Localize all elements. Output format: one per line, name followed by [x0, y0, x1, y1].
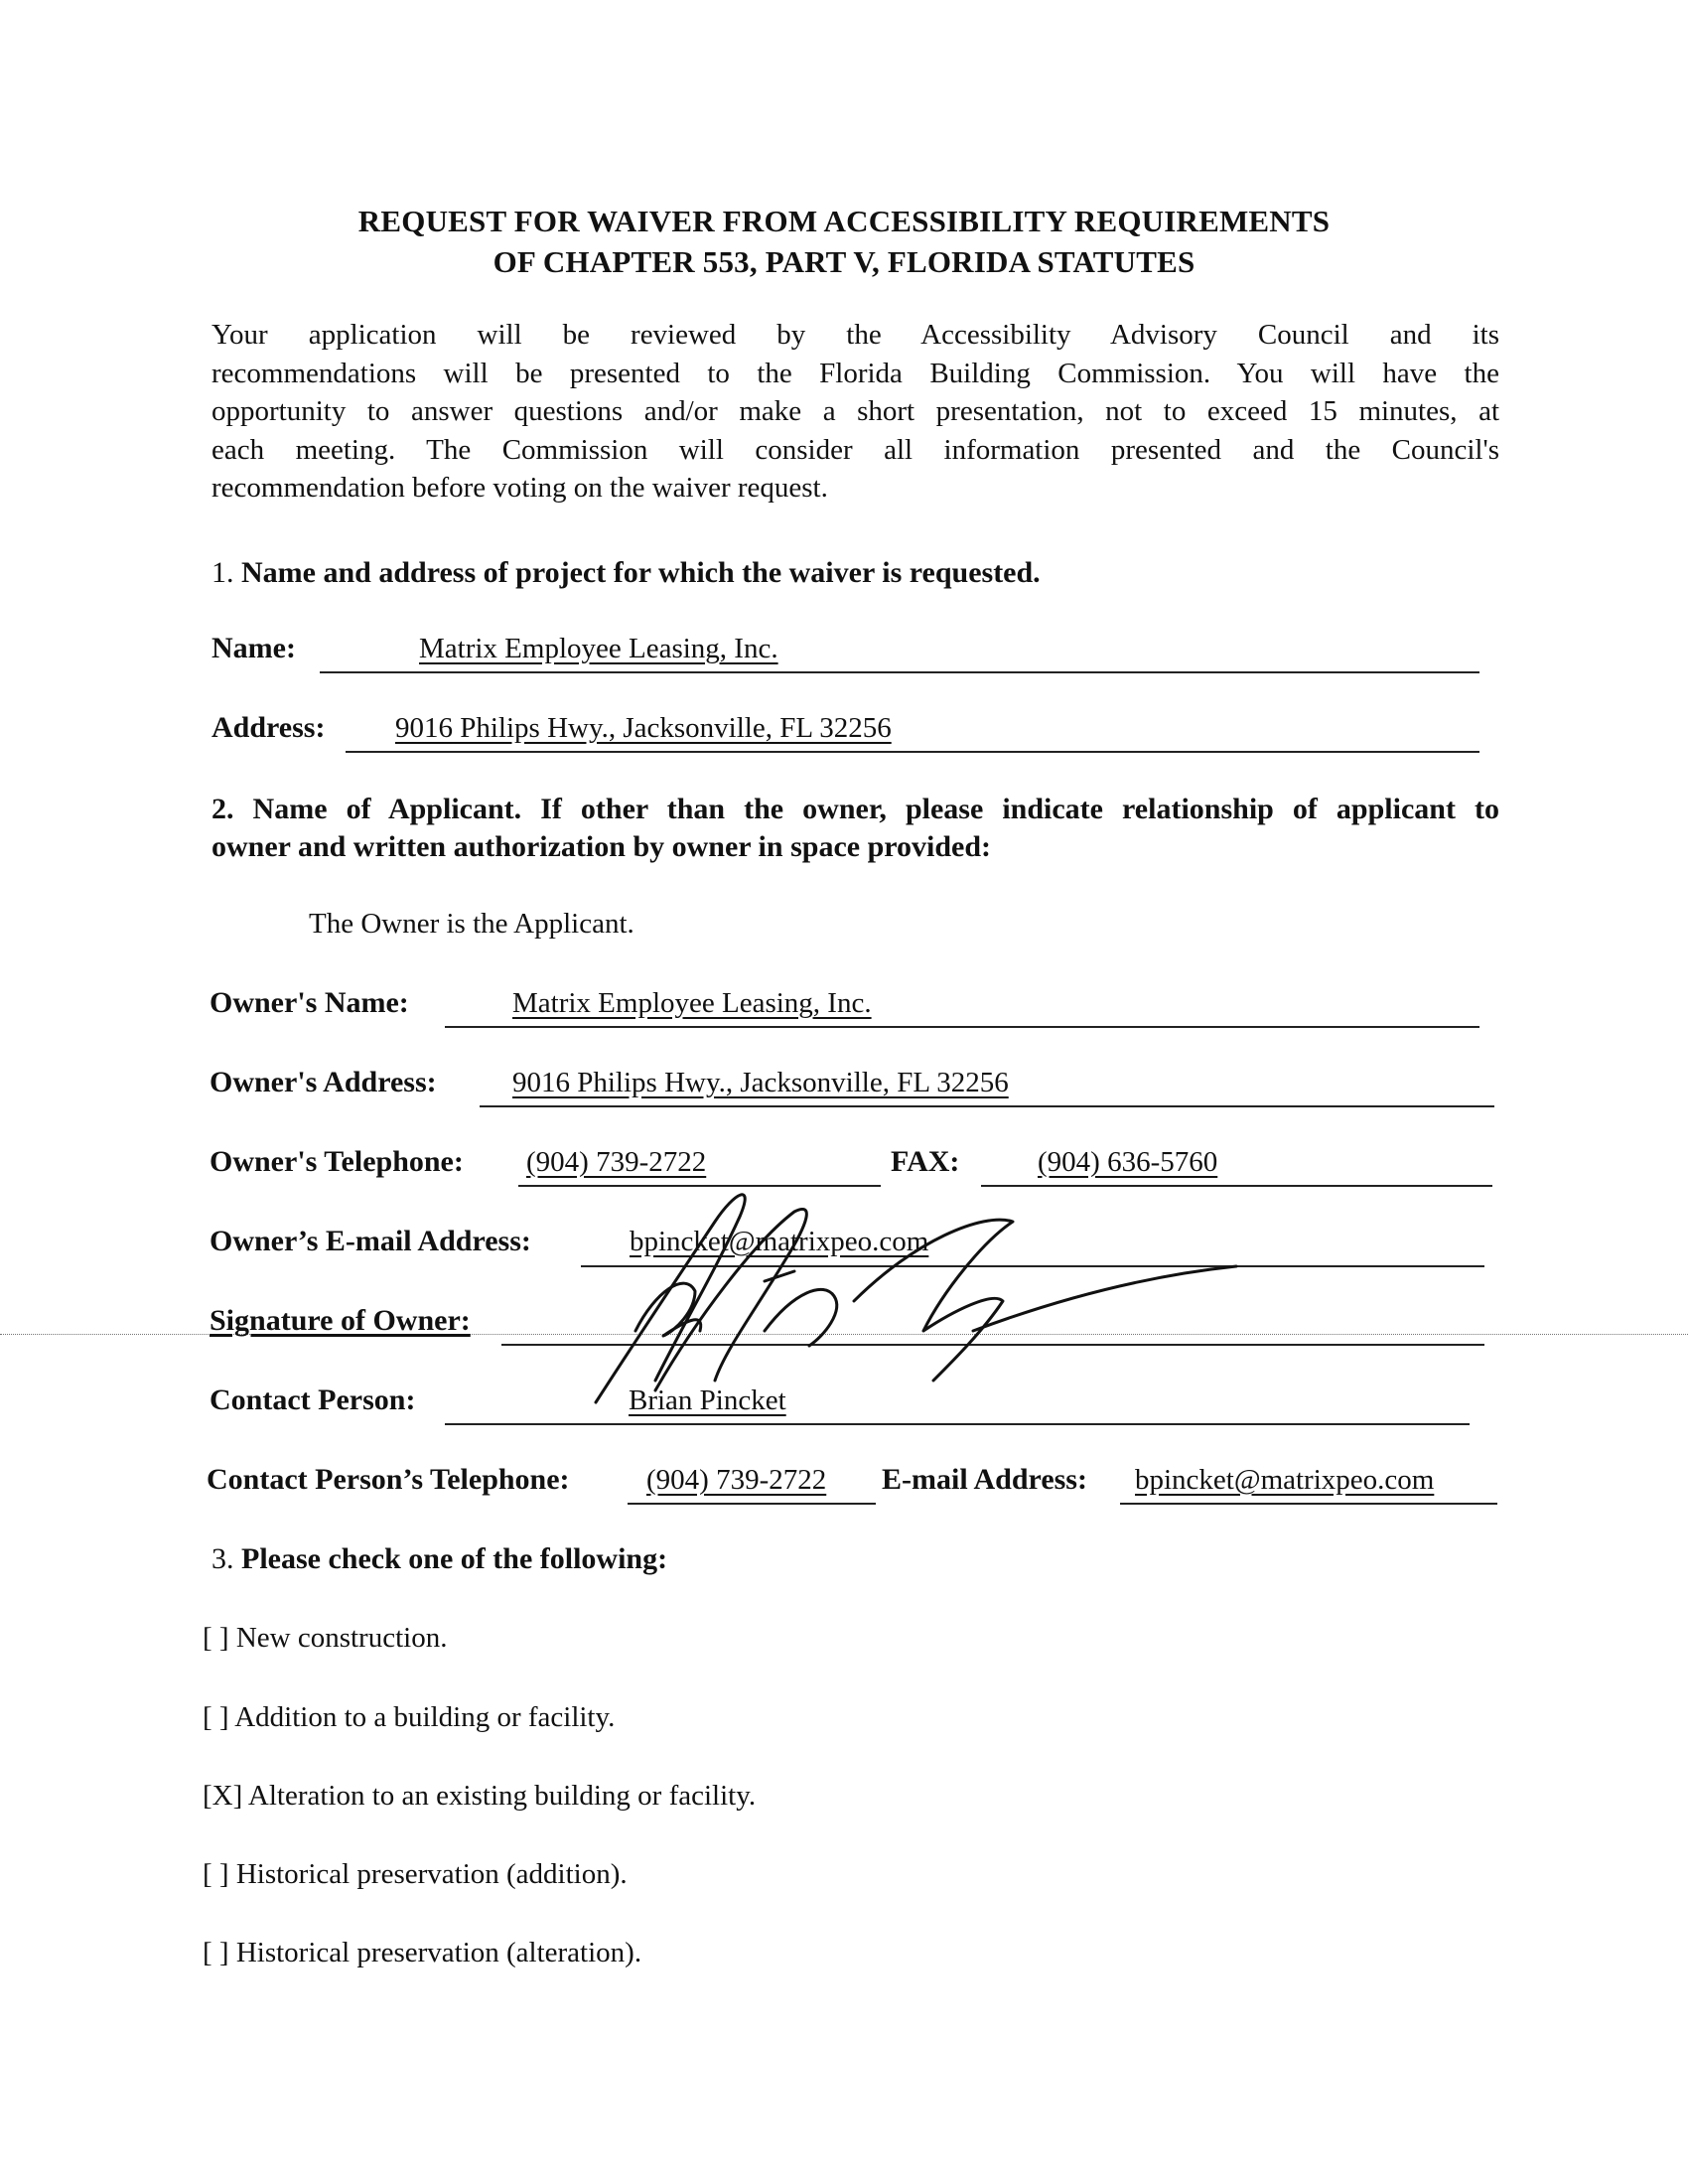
- owner-email-label: Owner’s E-mail Address:: [210, 1225, 531, 1258]
- owner-name-field-line: [445, 1026, 1479, 1028]
- contact-person-field[interactable]: Brian Pincket: [629, 1384, 786, 1417]
- intro-line: each meeting. The Commission will consid…: [211, 431, 1499, 470]
- address-label: Address:: [211, 711, 325, 745]
- checkbox-label: Historical preservation (addition).: [236, 1858, 628, 1890]
- checkbox-mark[interactable]: [ ]: [203, 1858, 229, 1890]
- fax-field[interactable]: (904) 636-5760: [1038, 1146, 1217, 1179]
- owner-email-field[interactable]: bpincket@matrixpeo.com: [630, 1226, 928, 1258]
- checkbox-mark[interactable]: [ ]: [203, 1937, 229, 1968]
- checkbox-option-new-construction[interactable]: [ ] New construction.: [203, 1622, 447, 1655]
- owner-name-label: Owner's Name:: [210, 986, 409, 1020]
- contact-email-field-line: [1120, 1503, 1497, 1505]
- contact-phone-label: Contact Person’s Telephone:: [207, 1463, 570, 1497]
- intro-line: opportunity to answer questions and/or m…: [211, 392, 1499, 431]
- checkbox-label: New construction.: [236, 1622, 448, 1654]
- checkbox-option-historical-addition[interactable]: [ ] Historical preservation (addition).: [203, 1858, 628, 1891]
- owner-phone-label: Owner's Telephone:: [210, 1145, 464, 1179]
- owner-phone-field-line: [518, 1185, 881, 1187]
- checkbox-mark[interactable]: [ ]: [203, 1701, 229, 1733]
- owner-address-label: Owner's Address:: [210, 1066, 437, 1099]
- section-2-heading-line-1: 2. Name of Applicant. If other than the …: [211, 793, 1499, 826]
- contact-email-field[interactable]: bpincket@matrixpeo.com: [1135, 1464, 1434, 1497]
- name-field[interactable]: Matrix Employee Leasing, Inc.: [419, 633, 778, 665]
- checkbox-option-addition[interactable]: [ ] Addition to a building or facility.: [203, 1701, 615, 1734]
- fax-field-line: [981, 1185, 1492, 1187]
- owner-address-field[interactable]: 9016 Philips Hwy., Jacksonville, FL 3225…: [512, 1067, 1009, 1099]
- address-field[interactable]: 9016 Philips Hwy., Jacksonville, FL 3225…: [395, 712, 892, 745]
- form-title-line-2: OF CHAPTER 553, PART V, FLORIDA STATUTES: [0, 244, 1688, 280]
- section-1-number: 1.: [211, 556, 234, 589]
- intro-line: recommendation before voting on the waiv…: [211, 469, 1499, 508]
- checkbox-option-alteration[interactable]: [X] Alteration to an existing building o…: [203, 1780, 756, 1813]
- section-3-heading: 3. Please check one of the following:: [211, 1542, 667, 1576]
- relationship-text: The Owner is the Applicant.: [309, 908, 634, 941]
- intro-line: Your application will be reviewed by the…: [211, 316, 1499, 355]
- contact-phone-field-line: [628, 1503, 876, 1505]
- name-label: Name:: [211, 632, 296, 665]
- owner-address-field-line: [480, 1105, 1494, 1107]
- section-3-heading-text: Please check one of the following:: [241, 1542, 667, 1575]
- form-title-line-1: REQUEST FOR WAIVER FROM ACCESSIBILITY RE…: [0, 204, 1688, 239]
- owner-name-field[interactable]: Matrix Employee Leasing, Inc.: [512, 987, 872, 1020]
- name-field-line: [320, 671, 1479, 673]
- contact-person-field-line: [445, 1423, 1470, 1425]
- checkbox-label: Alteration to an existing building or fa…: [248, 1780, 756, 1812]
- checkbox-mark[interactable]: [ ]: [203, 1622, 229, 1654]
- checkbox-option-historical-alteration[interactable]: [ ] Historical preservation (alteration)…: [203, 1937, 641, 1969]
- intro-paragraph: Your application will be reviewed by the…: [211, 316, 1499, 508]
- contact-person-label: Contact Person:: [210, 1383, 415, 1417]
- owner-email-field-line: [581, 1265, 1484, 1267]
- intro-line: recommendations will be presented to the…: [211, 355, 1499, 393]
- section-1-heading: 1. Name and address of project for which…: [211, 556, 1041, 590]
- address-field-line: [346, 751, 1479, 753]
- checkbox-mark[interactable]: [X]: [203, 1780, 242, 1812]
- checkbox-label: Historical preservation (alteration).: [236, 1937, 641, 1968]
- section-2-heading-line-2: owner and written authorization by owner…: [211, 830, 991, 864]
- contact-phone-field[interactable]: (904) 739-2722: [646, 1464, 826, 1497]
- signature-field-line[interactable]: [501, 1344, 1484, 1346]
- signature-label: Signature of Owner:: [210, 1304, 471, 1338]
- section-1-heading-text: Name and address of project for which th…: [241, 556, 1041, 589]
- checkbox-label: Addition to a building or facility.: [234, 1701, 615, 1733]
- owner-phone-field[interactable]: (904) 739-2722: [526, 1146, 706, 1179]
- section-3-number: 3.: [211, 1542, 234, 1575]
- fax-label: FAX:: [891, 1145, 959, 1179]
- contact-email-label: E-mail Address:: [882, 1463, 1087, 1497]
